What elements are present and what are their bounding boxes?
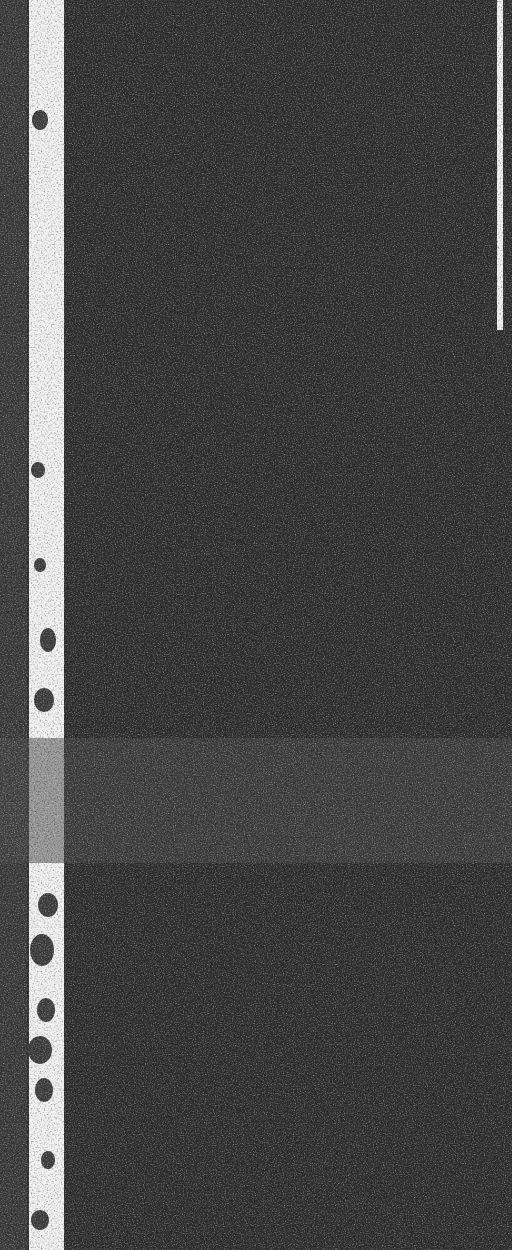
road-surface [0,0,512,1250]
road-texture [0,0,512,1250]
